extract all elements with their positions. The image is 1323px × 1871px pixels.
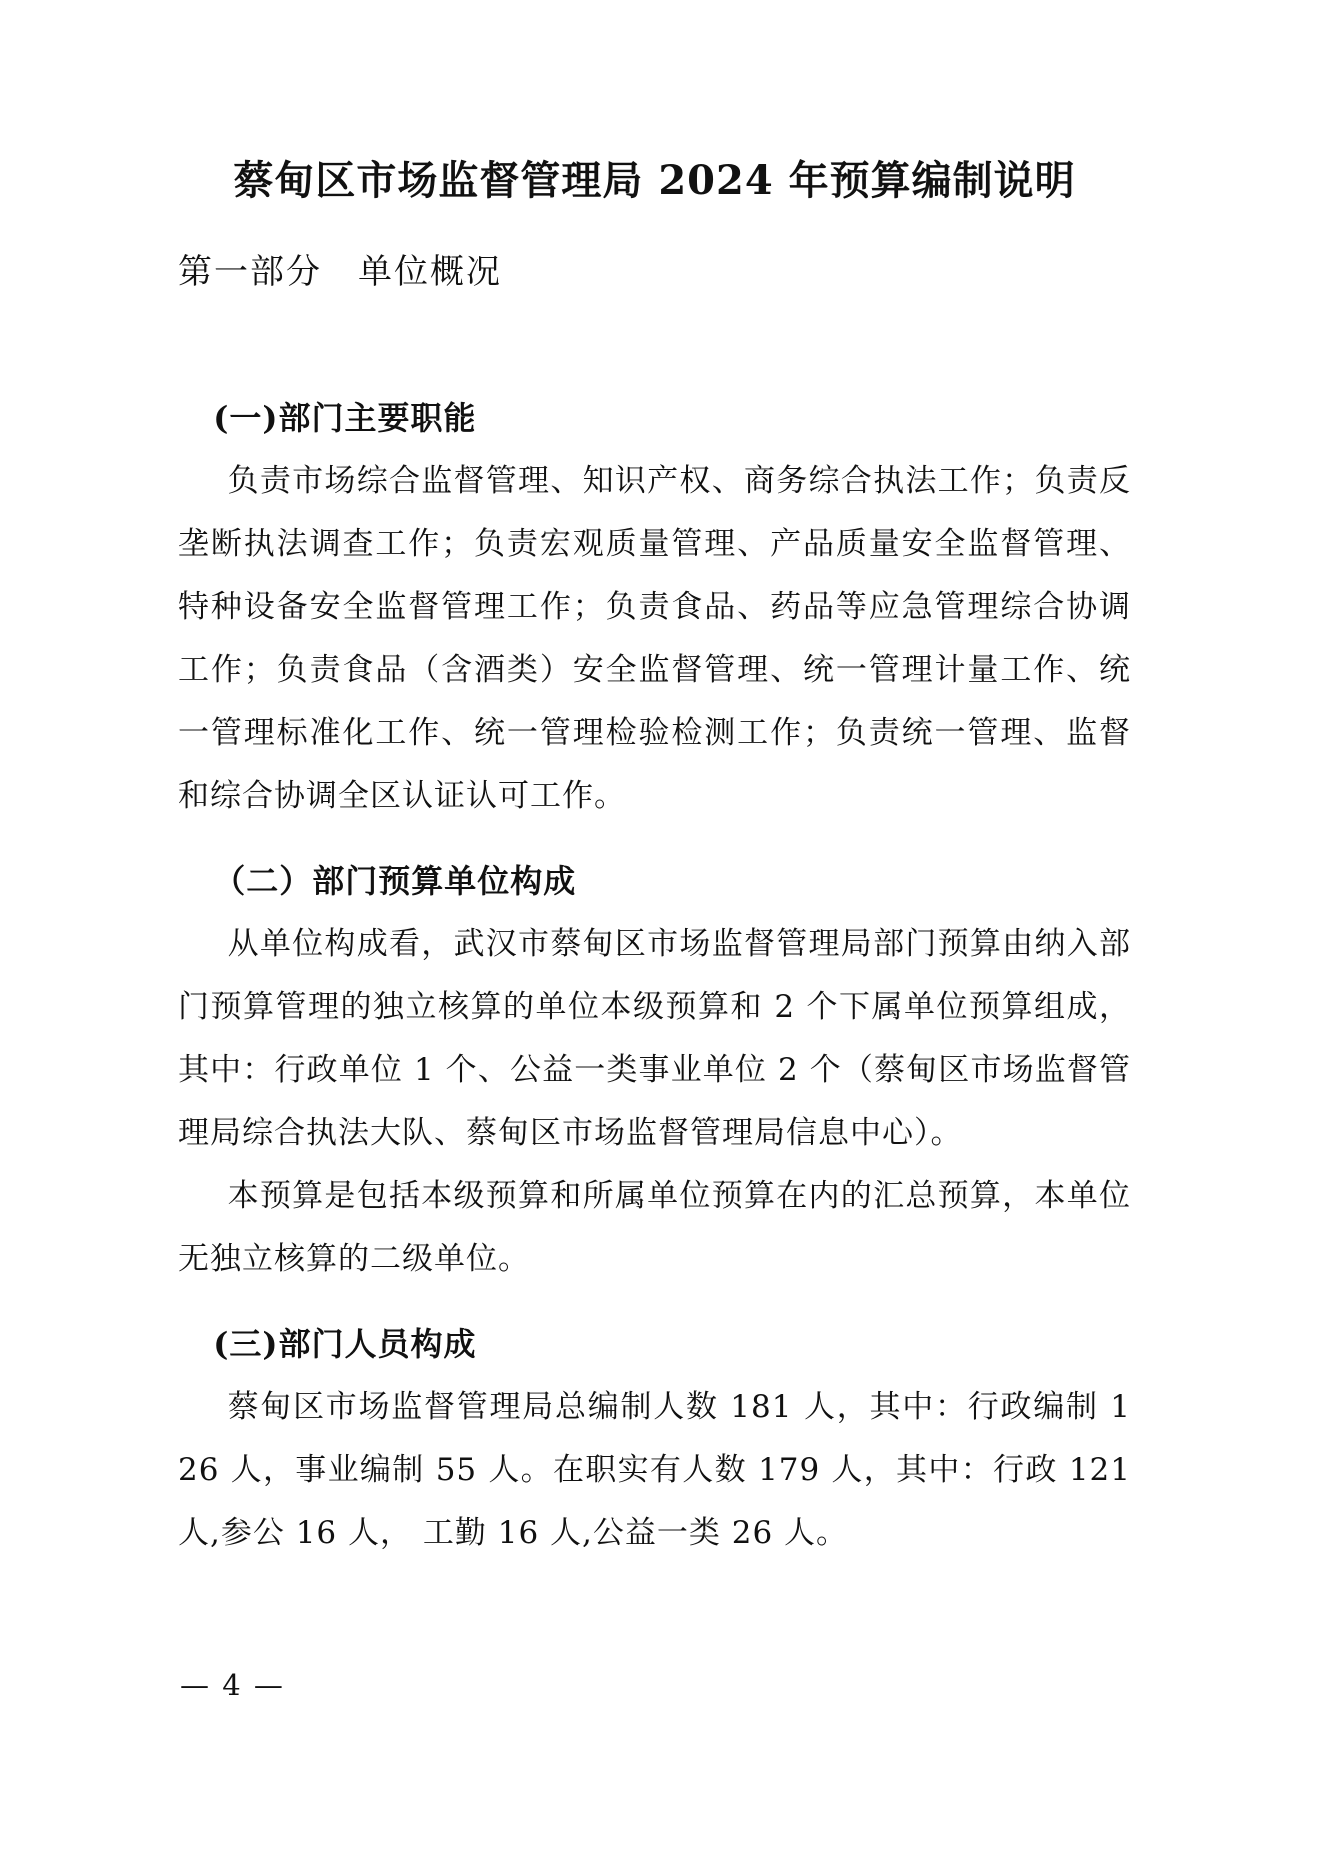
document-page: 蔡甸区市场监督管理局 2024 年预算编制说明 第一部分 单位概况 (一)部门主… [0, 0, 1323, 1871]
section-department-functions: (一)部门主要职能 负责市场综合监督管理、知识产权、商务综合执法工作；负责反垄断… [178, 387, 1131, 828]
section-1-paragraph: 负责市场综合监督管理、知识产权、商务综合执法工作；负责反垄断执法调查工作；负责宏… [178, 450, 1131, 828]
section-3-heading: (三)部门人员构成 [178, 1313, 1131, 1376]
section-budget-unit-composition: （二）部门预算单位构成 从单位构成看，武汉市蔡甸区市场监督管理局部门预算由纳入部… [178, 850, 1131, 1291]
page-number: — 4 — [180, 1668, 285, 1703]
section-3-paragraph: 蔡甸区市场监督管理局总编制人数 181 人，其中：行政编制 126 人，事业编制… [178, 1376, 1131, 1565]
section-1-heading: (一)部门主要职能 [178, 387, 1131, 450]
section-2-heading: （二）部门预算单位构成 [178, 850, 1131, 913]
document-title: 蔡甸区市场监督管理局 2024 年预算编制说明 [178, 0, 1131, 204]
section-2-paragraph-1: 从单位构成看，武汉市蔡甸区市场监督管理局部门预算由纳入部门预算管理的独立核算的单… [178, 913, 1131, 1165]
section-2-paragraph-2: 本预算是包括本级预算和所属单位预算在内的汇总预算，本单位无独立核算的二级单位。 [178, 1165, 1131, 1291]
part-one-heading: 第一部分 单位概况 [178, 252, 1131, 293]
section-personnel-composition: (三)部门人员构成 蔡甸区市场监督管理局总编制人数 181 人，其中：行政编制 … [178, 1313, 1131, 1565]
